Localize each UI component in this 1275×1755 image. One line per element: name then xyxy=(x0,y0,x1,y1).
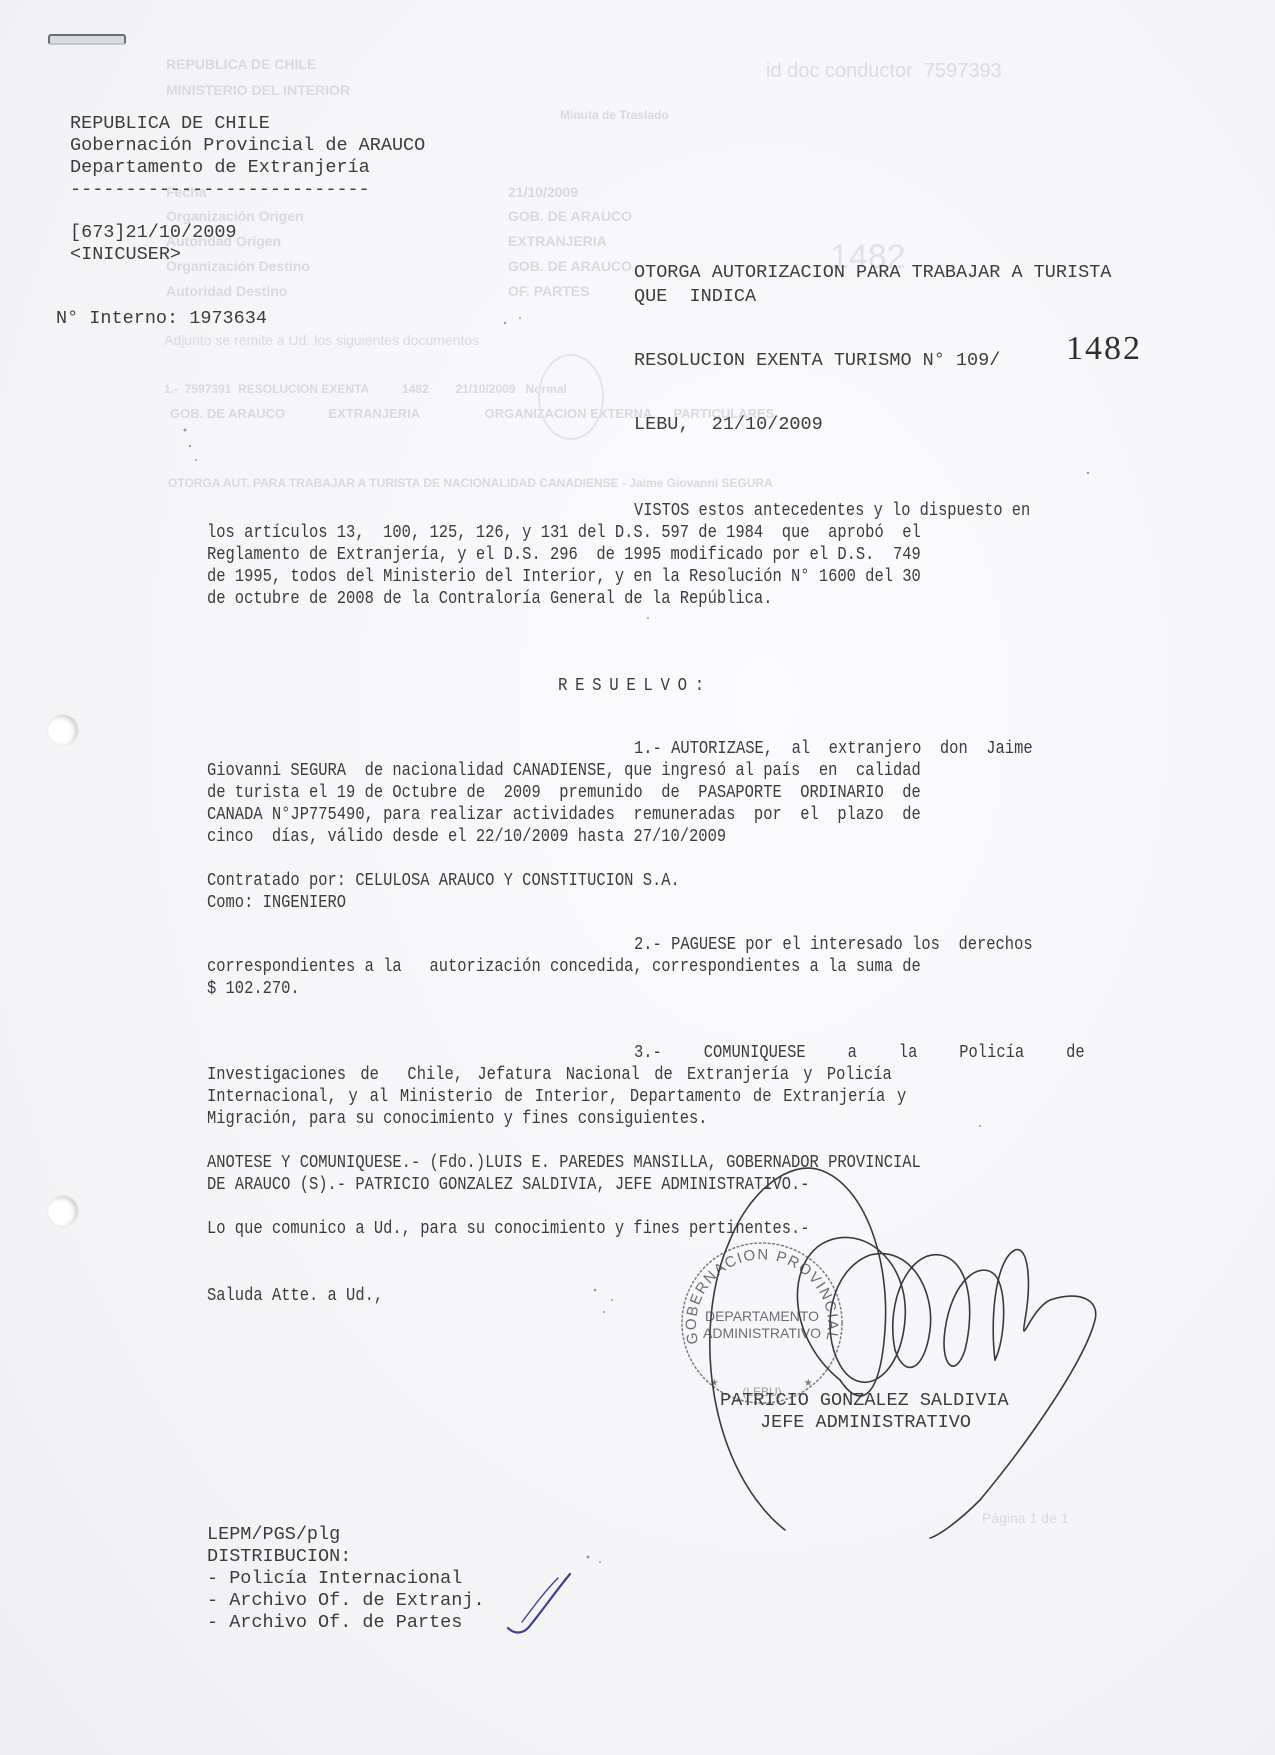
scan-speckles xyxy=(0,0,1275,1755)
document-page: REPUBLICA DE CHILE MINISTERIO DEL INTERI… xyxy=(0,0,1275,1755)
